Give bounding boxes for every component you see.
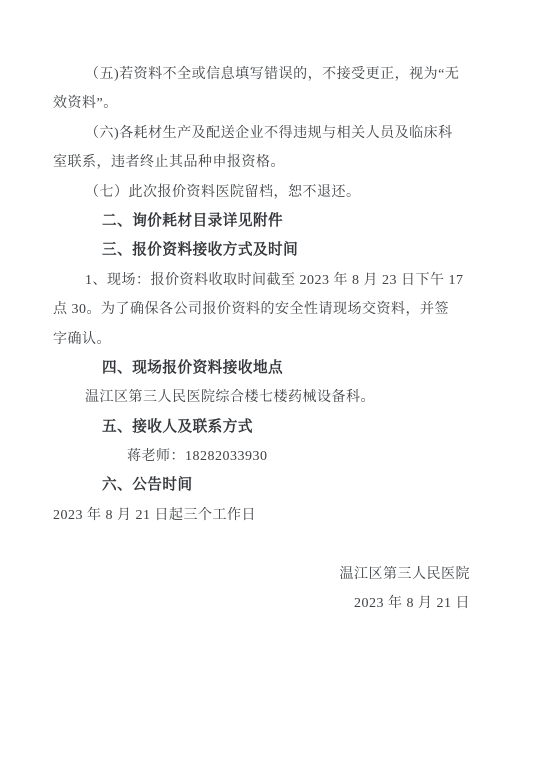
paragraph-line: 点 30。为了确保各公司报价资料的安全性请现场交资料，并签	[53, 295, 470, 324]
signature-line: 温江区第三人民医院	[53, 560, 470, 589]
section-heading: 二、询价耗材目录详见附件	[102, 207, 470, 236]
paragraph-line: 2023 年 8 月 21 日起三个工作日	[53, 501, 470, 530]
document-body: （五)若资料不全或信息填写错误的，不接受更正，视为“无效资料”。（六)各耗材生产…	[53, 60, 470, 618]
paragraph-line: （七）此次报价资料医院留档，恕不退还。	[85, 178, 470, 207]
paragraph-line: 温江区第三人民医院综合楼七楼药械设备科。	[85, 383, 470, 412]
paragraph-line: 字确认。	[53, 325, 470, 354]
section-heading: 四、现场报价资料接收地点	[102, 354, 470, 383]
paragraph-line: 效资料”。	[53, 89, 470, 118]
contact-line: 蒋老师：18282033930	[127, 442, 470, 471]
paragraph-line: 室联系，违者终止其品种申报资格。	[53, 148, 470, 177]
section-heading: 六、公告时间	[102, 471, 470, 500]
paragraph-line: （六)各耗材生产及配送企业不得违规与相关人员及临床科	[85, 119, 470, 148]
section-heading: 五、接收人及联系方式	[102, 413, 470, 442]
section-heading: 三、报价资料接收方式及时间	[102, 236, 470, 265]
paragraph-line: （五)若资料不全或信息填写错误的，不接受更正，视为“无	[85, 60, 470, 89]
blank-line	[53, 530, 470, 559]
document-page: （五)若资料不全或信息填写错误的，不接受更正，视为“无效资料”。（六)各耗材生产…	[0, 0, 550, 777]
paragraph-line: 1、现场：报价资料收取时间截至 2023 年 8 月 23 日下午 17	[85, 266, 470, 295]
signature-line: 2023 年 8 月 21 日	[53, 589, 470, 618]
